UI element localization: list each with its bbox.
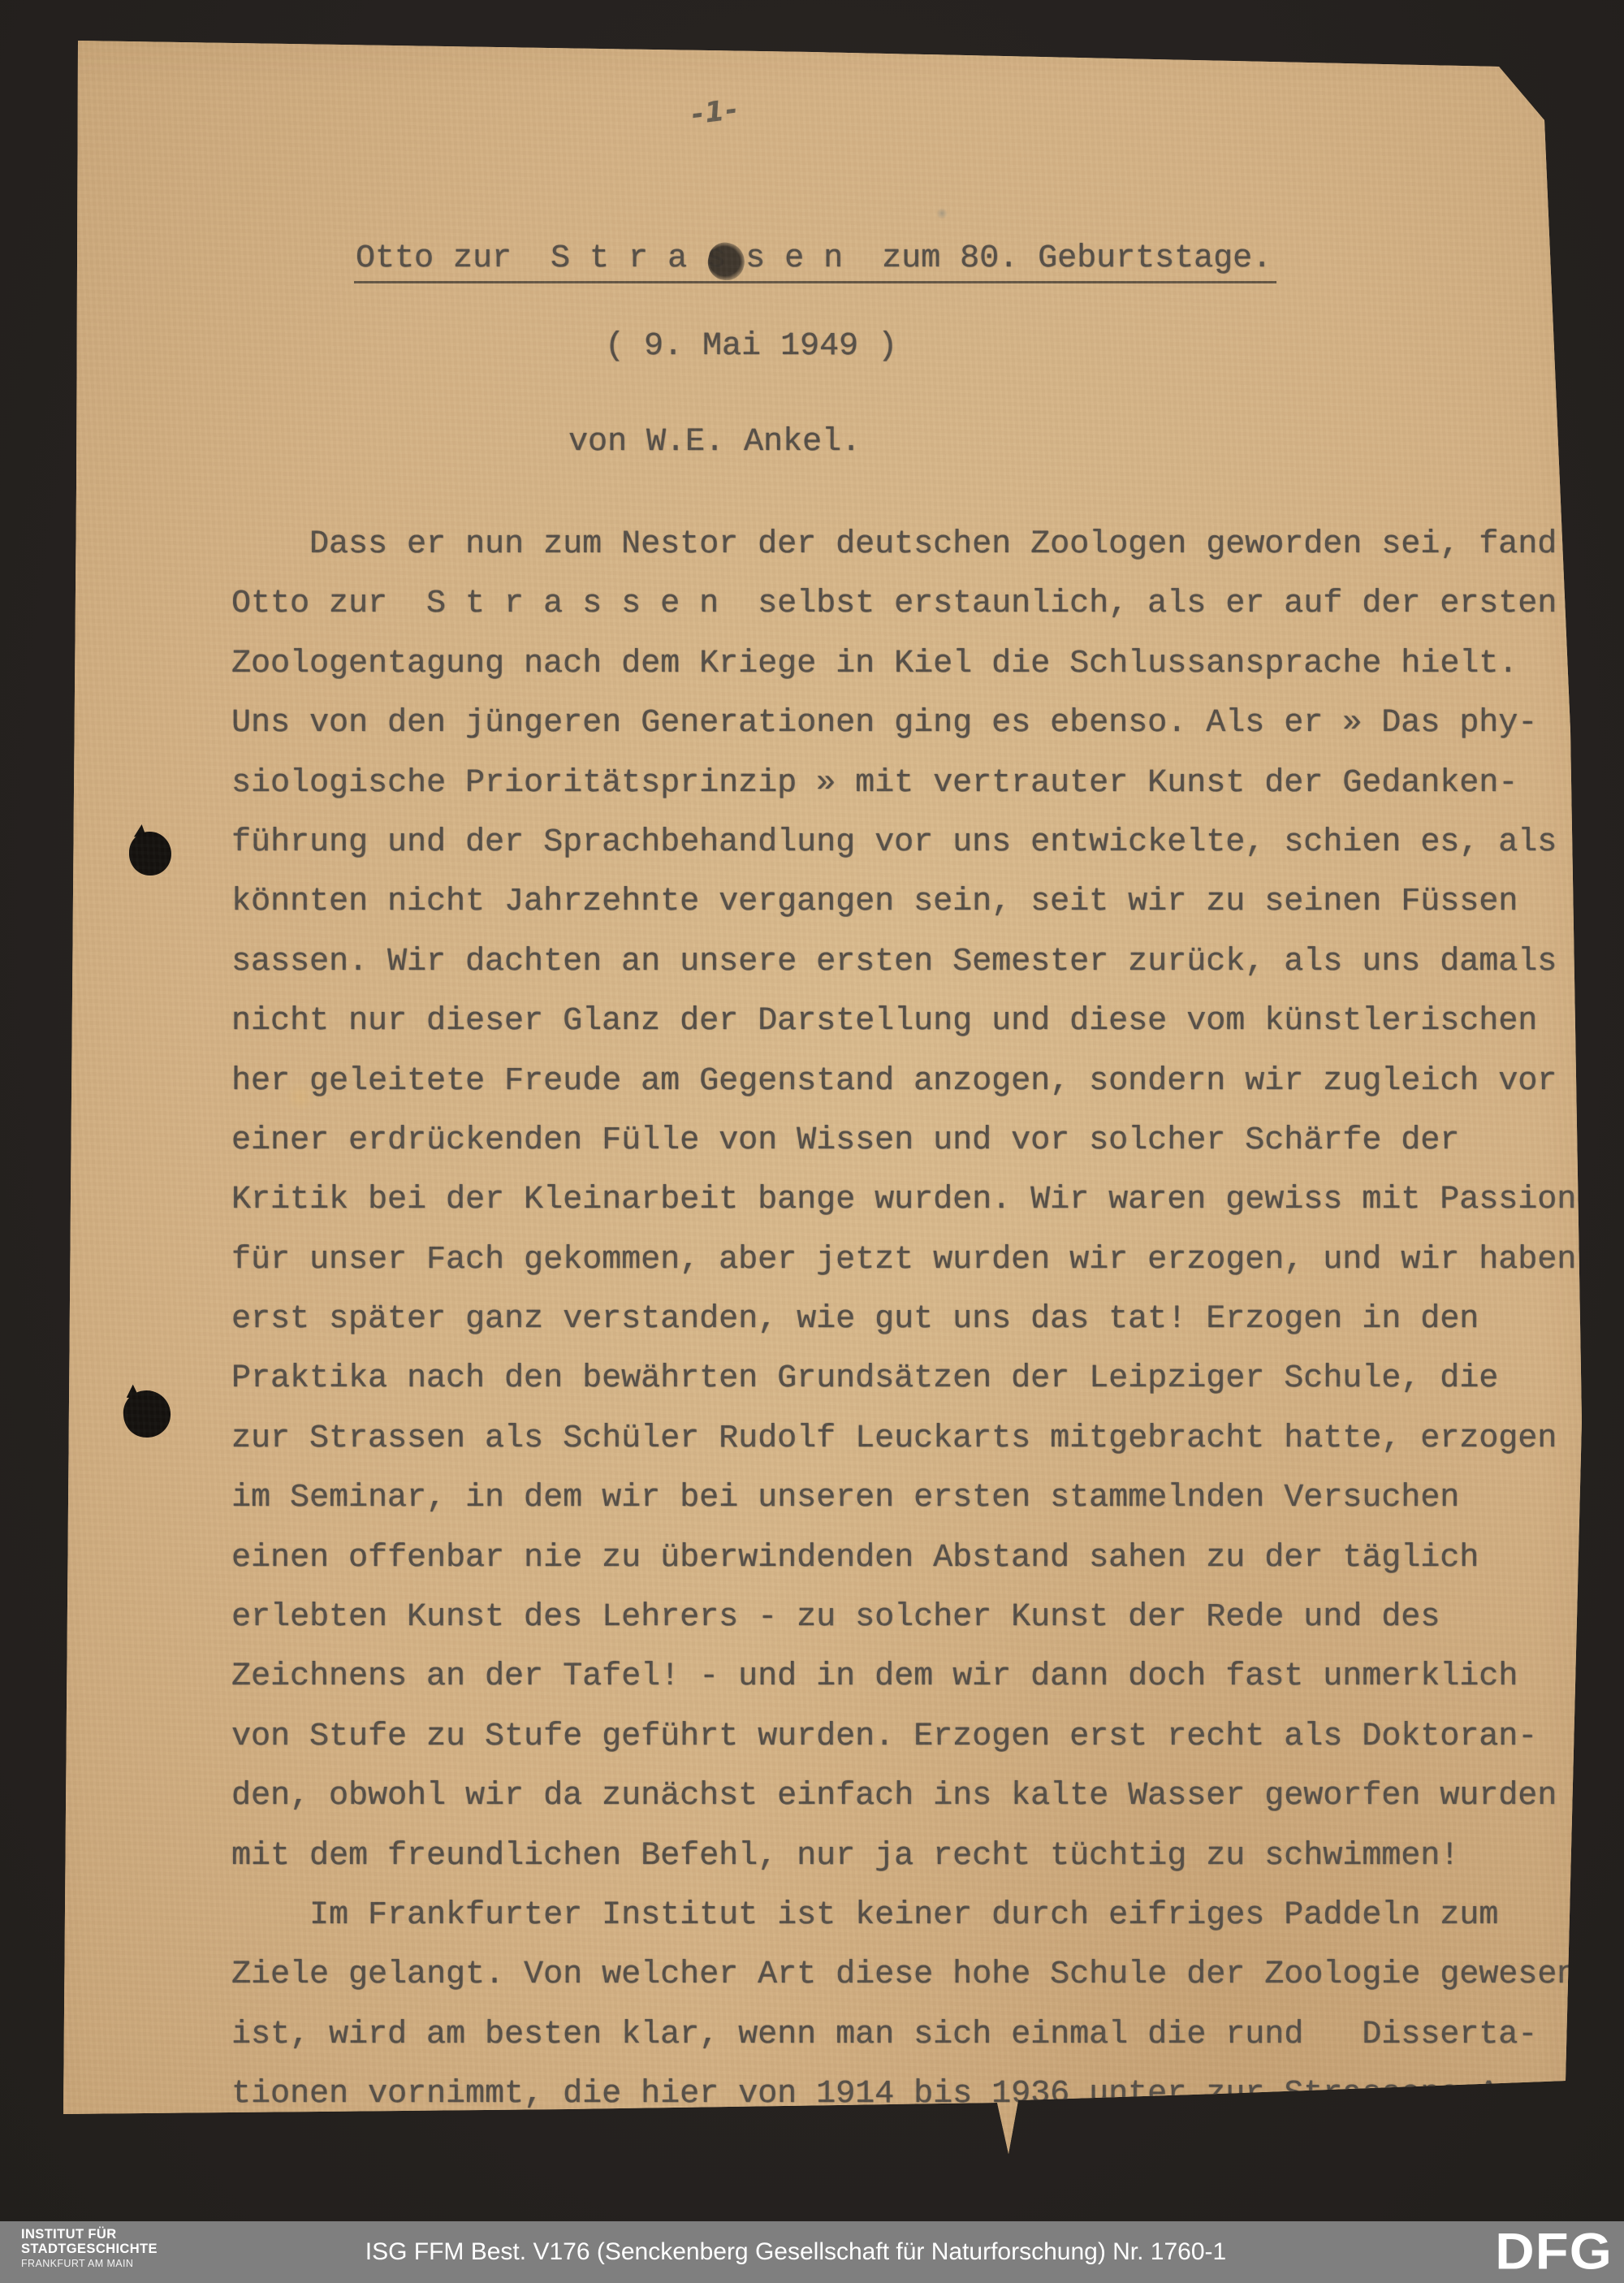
- doc-byline: von W.E. Ankel.: [568, 424, 861, 460]
- body-line: erst später ganz verstanden, wie gut uns…: [231, 1290, 1612, 1349]
- archive-reference: ISG FFM Best. V176 (Senckenberg Gesellsc…: [0, 2221, 1592, 2283]
- footer-bar: INSTITUT FÜR STADTGESCHICHTE FRANKFURT A…: [0, 2221, 1624, 2283]
- body-line: von Stufe zu Stufe geführt wurden. Erzog…: [231, 1707, 1612, 1766]
- document-body: Dass er nun zum Nestor der deutschen Zoo…: [231, 515, 1612, 2125]
- body-line: zur Strassen als Schüler Rudolf Leuckart…: [231, 1409, 1612, 1468]
- page-number: -1-: [690, 93, 741, 132]
- body-line: Ziele gelangt. Von welcher Art diese hoh…: [231, 1945, 1612, 2004]
- body-line: im Seminar, in dem wir bei unseren erste…: [231, 1468, 1612, 1528]
- body-line: siologische Prioritätsprinzip » mit vert…: [231, 754, 1612, 813]
- body-line: erlebten Kunst des Lehrers - zu solcher …: [231, 1588, 1612, 1647]
- doc-title: Otto zur S t r a s s e n zum 80. Geburts…: [354, 240, 1276, 283]
- body-line: mit dem freundlichen Befehl, nur ja rech…: [231, 1827, 1612, 1886]
- body-line: Otto zur S t r a s s e n selbst erstaunl…: [231, 574, 1612, 633]
- body-line: Im Frankfurter Institut ist keiner durch…: [231, 1886, 1612, 1945]
- body-line: Zeichnens an der Tafel! - und in dem wir…: [231, 1647, 1612, 1706]
- body-line: einer erdrückenden Fülle von Wissen und …: [231, 1111, 1612, 1170]
- body-line: sassen. Wir dachten an unsere ersten Sem…: [231, 932, 1612, 992]
- body-line: Dass er nun zum Nestor der deutschen Zoo…: [231, 515, 1612, 574]
- body-line: nicht nur dieser Glanz der Darstellung u…: [231, 992, 1612, 1051]
- body-line: einen offenbar nie zu überwindenden Abst…: [231, 1528, 1612, 1588]
- doc-date-line: ( 9. Mai 1949 ): [605, 328, 897, 365]
- body-line: den, obwohl wir da zunächst einfach ins …: [231, 1766, 1612, 1826]
- body-line: könnten nicht Jahrzehnte vergangen sein,…: [231, 872, 1612, 932]
- body-line: für unser Fach gekommen, aber jetzt wurd…: [231, 1230, 1612, 1290]
- body-line: her geleitete Freude am Gegenstand anzog…: [231, 1052, 1612, 1111]
- document-page: -1- Otto zur S t r a s s e n zum 80. Geb…: [0, 0, 1624, 2283]
- punch-hole-bottom: [121, 1388, 173, 1440]
- scan-viewer: -1- Otto zur S t r a s s e n zum 80. Geb…: [0, 0, 1624, 2283]
- body-line: Praktika nach den bewährten Grundsätzen …: [231, 1349, 1612, 1408]
- body-line: führung und der Sprachbehandlung vor uns…: [231, 813, 1612, 872]
- body-line: Zoologentagung nach dem Kriege in Kiel d…: [231, 634, 1612, 694]
- body-line: tionen vornimmt, die hier von 1914 bis 1…: [231, 2065, 1612, 2124]
- punch-hole-top: [129, 832, 171, 876]
- body-line: ist, wird am besten klar, wenn man sich …: [231, 2005, 1612, 2065]
- dfg-logo: DFG: [1495, 2222, 1613, 2281]
- body-line: Uns von den jüngeren Generationen ging e…: [231, 694, 1612, 753]
- body-line: Kritik bei der Kleinarbeit bange wurden.…: [231, 1170, 1612, 1230]
